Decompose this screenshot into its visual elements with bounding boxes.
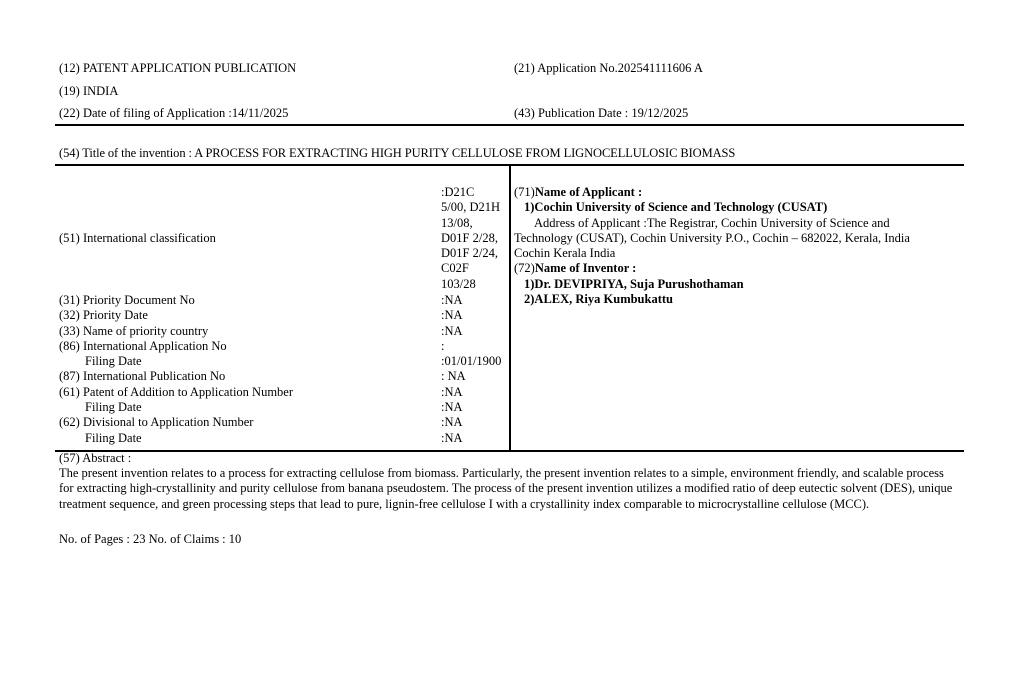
classification-value-line: :D21C <box>441 185 500 200</box>
applicant-heading: Name of Applicant : <box>535 185 642 199</box>
abstract-text: The present invention relates to a proce… <box>59 466 959 512</box>
application-number: (21) Application No.202541111606 A <box>514 61 703 76</box>
field-label: (86) International Application No <box>59 339 293 354</box>
applicant-address-1: Address of Applicant :The Registrar, Coc… <box>514 216 910 231</box>
field-label: (62) Divisional to Application Number <box>59 415 293 430</box>
pages-claims: No. of Pages : 23 No. of Claims : 10 <box>59 532 241 547</box>
applicant-address-2: Technology (CUSAT), Cochin University P.… <box>514 231 910 246</box>
classification-value-line: C02F <box>441 261 500 276</box>
filing-date: (22) Date of filing of Application :14/1… <box>59 106 288 121</box>
divider-vertical <box>509 165 511 451</box>
field-value: :NA <box>441 415 501 430</box>
field-label: (32) Priority Date <box>59 308 293 323</box>
publication-type: (12) PATENT APPLICATION PUBLICATION <box>59 61 296 76</box>
field-value: :NA <box>441 400 501 415</box>
field-label: (87) International Publication No <box>59 369 293 384</box>
field-label: (61) Patent of Addition to Application N… <box>59 385 293 400</box>
inventor-prefix: (72) <box>514 261 535 275</box>
publication-date: (43) Publication Date : 19/12/2025 <box>514 106 688 121</box>
field-value: :01/01/1900 <box>441 354 501 369</box>
invention-title: (54) Title of the invention : A PROCESS … <box>59 146 735 161</box>
inventor-2: 2)ALEX, Riya Kumbukattu <box>514 292 910 307</box>
classification-value-line: D01F 2/28, <box>441 231 500 246</box>
field-value: :NA <box>441 431 501 446</box>
classification-values: :D21C5/00, D21H13/08,D01F 2/28,D01F 2/24… <box>441 185 500 292</box>
field-values: :NA:NA:NA::01/01/1900: NA:NA:NA:NA:NA <box>441 293 501 446</box>
field-label: Filing Date <box>59 400 293 415</box>
divider-abstract <box>55 450 964 452</box>
field-label: (33) Name of priority country <box>59 324 293 339</box>
field-value: :NA <box>441 385 501 400</box>
field-label: (31) Priority Document No <box>59 293 293 308</box>
inventor-heading-line: (72)Name of Inventor : <box>514 261 910 276</box>
applicant-name: 1)Cochin University of Science and Techn… <box>514 200 910 215</box>
classification-value-line: D01F 2/24, <box>441 246 500 261</box>
field-value: :NA <box>441 308 501 323</box>
field-value: :NA <box>441 324 501 339</box>
field-labels: (31) Priority Document No(32) Priority D… <box>59 293 293 446</box>
field-value: :NA <box>441 293 501 308</box>
classification-value-line: 5/00, D21H <box>441 200 500 215</box>
field-label: Filing Date <box>59 431 293 446</box>
field-value: : NA <box>441 369 501 384</box>
inventor-heading: Name of Inventor : <box>535 261 637 275</box>
applicant-heading-line: (71)Name of Applicant : <box>514 185 910 200</box>
country: (19) INDIA <box>59 84 118 99</box>
applicant-inventor-block: (71)Name of Applicant : 1)Cochin Univers… <box>514 185 910 307</box>
classification-value-line: 13/08, <box>441 216 500 231</box>
inventor-1: 1)Dr. DEVIPRIYA, Suja Purushothaman <box>514 277 910 292</box>
abstract-label: (57) Abstract : <box>59 451 131 466</box>
divider-header <box>55 124 964 126</box>
classification-label: (51) International classification <box>59 231 216 246</box>
applicant-address-3: Cochin Kerala India <box>514 246 910 261</box>
applicant-prefix: (71) <box>514 185 535 199</box>
field-value: : <box>441 339 501 354</box>
classification-value-line: 103/28 <box>441 277 500 292</box>
field-label: Filing Date <box>59 354 293 369</box>
